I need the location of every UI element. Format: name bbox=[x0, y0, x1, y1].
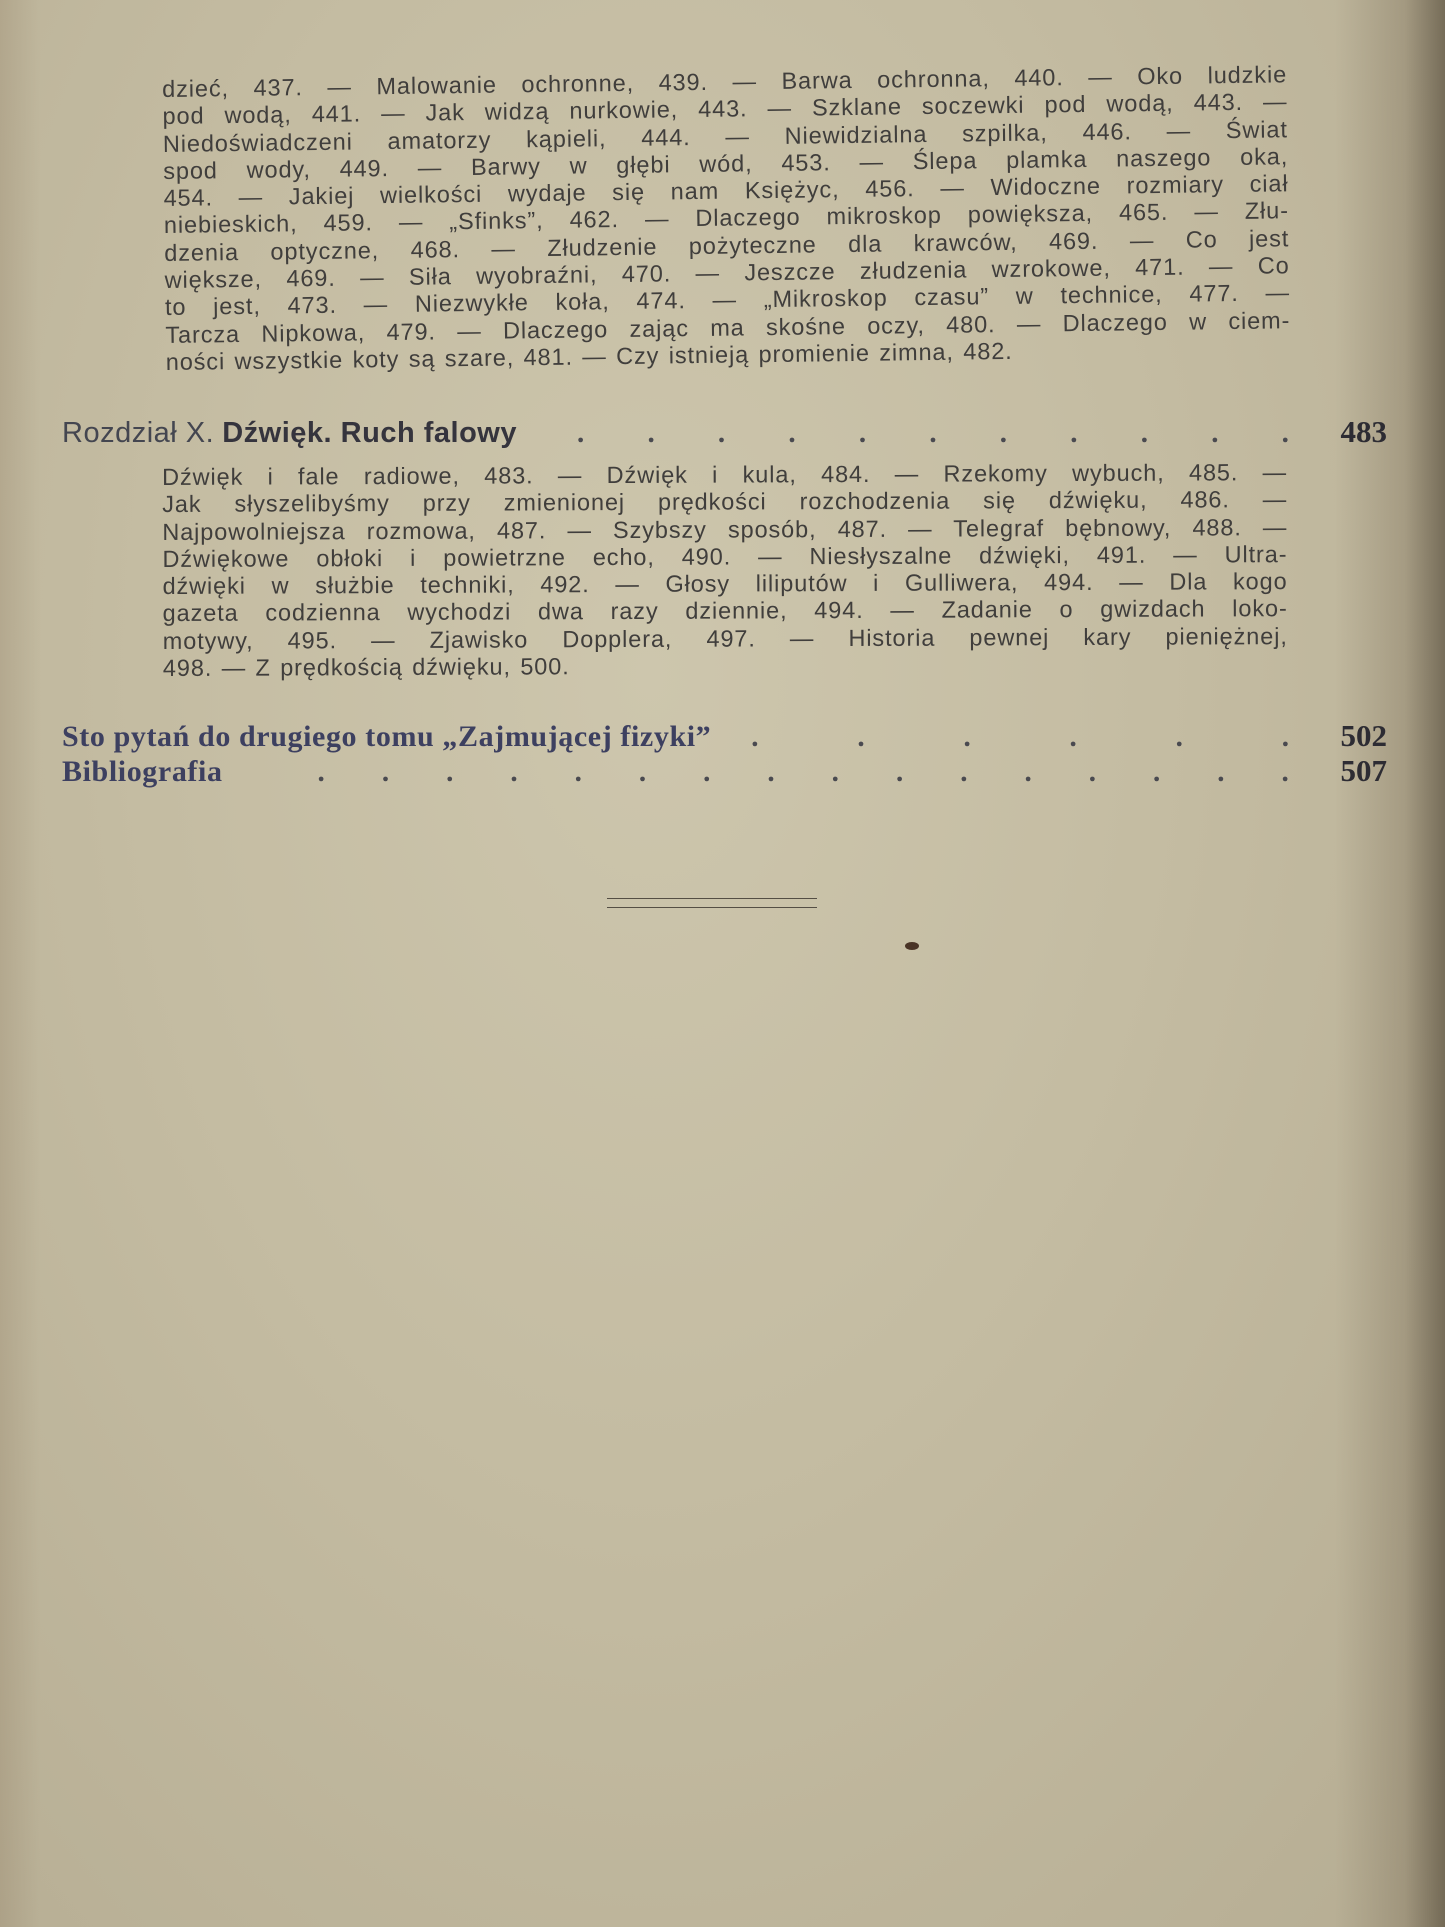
leader-dot: . bbox=[859, 417, 866, 450]
leader-dot: . bbox=[960, 756, 967, 789]
leader-dot: . bbox=[1070, 721, 1077, 754]
dot-leader: . . . . . . . . . . . bbox=[517, 417, 1337, 450]
double-rule-divider-icon bbox=[607, 907, 817, 908]
leader-dot: . bbox=[1141, 417, 1148, 450]
toc-entry-chapter-10: Rozdział X. Dźwięk. Ruch falowy . . . . … bbox=[62, 414, 1387, 450]
leader-dot: . bbox=[963, 721, 970, 754]
chapter-heading: Rozdział X. Dźwięk. Ruch falowy bbox=[62, 417, 517, 450]
leader-dot: . bbox=[1282, 721, 1289, 754]
leader-dot: . bbox=[1153, 756, 1160, 789]
leader-dot: . bbox=[767, 756, 774, 789]
leader-dot: . bbox=[788, 417, 795, 450]
chapter-title: Dźwięk. Ruch falowy bbox=[222, 417, 517, 449]
chapter-label: Rozdział X. bbox=[62, 417, 214, 449]
leader-dot: . bbox=[510, 756, 517, 789]
leader-dot: . bbox=[1000, 417, 1007, 450]
leader-dot: . bbox=[896, 756, 903, 789]
leader-dot: . bbox=[1176, 721, 1183, 754]
leader-dot: . bbox=[718, 417, 725, 450]
leader-dot: . bbox=[1024, 756, 1031, 789]
leader-dot: . bbox=[929, 417, 936, 450]
leader-dot: . bbox=[446, 756, 453, 789]
leader-dot: . bbox=[1089, 756, 1096, 789]
page-number: 483 bbox=[1337, 414, 1387, 450]
leader-dot: . bbox=[647, 417, 654, 450]
toc-entry-bibliography: Bibliografia . . . . . . . . . . . . . .… bbox=[62, 753, 1387, 789]
chapter-9-subsections: dzieć, 437. — Malowanie ochronne, 439. —… bbox=[162, 61, 1291, 376]
text-line: motywy, 495. — Zjawisko Dopplera, 497. —… bbox=[163, 623, 1288, 655]
leader-dot: . bbox=[1211, 417, 1218, 450]
leader-dot: . bbox=[1217, 756, 1224, 789]
leader-dot: . bbox=[639, 756, 646, 789]
leader-dot: . bbox=[575, 756, 582, 789]
text-line: Jak słyszelibyśmy przy zmienionej prędko… bbox=[162, 486, 1287, 518]
leader-dot: . bbox=[1070, 417, 1077, 450]
double-rule-divider-icon bbox=[607, 898, 817, 899]
leader-dot: . bbox=[577, 417, 584, 450]
leader-dot: . bbox=[1282, 417, 1289, 450]
book-page: dzieć, 437. — Malowanie ochronne, 439. —… bbox=[0, 0, 1445, 1927]
leader-dot: . bbox=[857, 721, 864, 754]
leader-dot: . bbox=[751, 721, 758, 754]
page-number: 502 bbox=[1337, 718, 1387, 754]
toc-entry-questions: Sto pytań do drugiego tomu „Zajmującej f… bbox=[62, 718, 1387, 754]
dot-leader: . . . . . . bbox=[711, 721, 1337, 754]
leader-dot: . bbox=[382, 756, 389, 789]
leader-dot: . bbox=[703, 756, 710, 789]
text-line: 498. — Z prędkością dźwięku, 500. bbox=[163, 650, 1288, 682]
leader-dot: . bbox=[1282, 756, 1289, 789]
dot-leader: . . . . . . . . . . . . . . . . bbox=[223, 756, 1337, 789]
entry-title: Bibliografia bbox=[62, 755, 223, 789]
chapter-10-subsections: Dźwięk i fale radiowe, 483. — Dźwięk i k… bbox=[162, 459, 1288, 682]
page-number: 507 bbox=[1337, 753, 1387, 789]
ink-spot-mark bbox=[905, 942, 919, 950]
leader-dot: . bbox=[318, 756, 325, 789]
leader-dot: . bbox=[832, 756, 839, 789]
entry-title: Sto pytań do drugiego tomu „Zajmującej f… bbox=[62, 720, 711, 754]
